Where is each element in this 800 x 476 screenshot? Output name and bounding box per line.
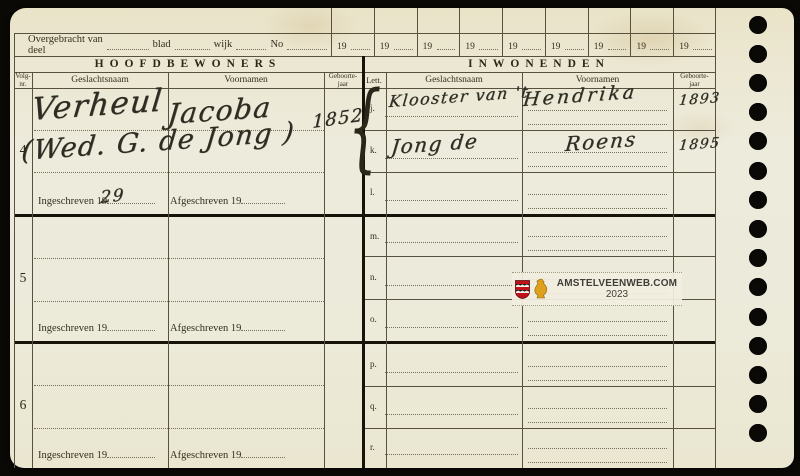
dotted-line bbox=[528, 335, 667, 336]
handwritten-birthyear: 1895 bbox=[678, 135, 721, 154]
dotted-line bbox=[107, 449, 155, 458]
year-cell: 19 bbox=[459, 32, 502, 56]
no-label: No bbox=[270, 39, 283, 50]
section-title-inwonenden: INWONENDEN bbox=[362, 58, 716, 70]
punch-hole bbox=[749, 16, 767, 34]
dotted-line bbox=[522, 49, 541, 50]
year-label: 19 bbox=[636, 42, 646, 52]
year-cell: 19 bbox=[588, 32, 631, 56]
punch-hole bbox=[749, 278, 767, 296]
year-cell: 19 bbox=[545, 32, 588, 56]
lett-label: q. bbox=[370, 401, 388, 411]
dotted-line bbox=[608, 49, 627, 50]
label: Afgeschreven 19 bbox=[170, 450, 241, 461]
dotted-line bbox=[385, 454, 518, 455]
dotted-line bbox=[528, 448, 667, 449]
dotted-line bbox=[241, 195, 285, 204]
year-cell: 19 bbox=[374, 32, 417, 56]
registration-line: Ingeschreven 19 Afgeschreven 19 bbox=[38, 195, 358, 209]
year-cell: 19 bbox=[502, 32, 545, 56]
register-card: 19 19 19 19 19 19 19 19 19 Overgebracht … bbox=[10, 8, 794, 468]
watermark: AMSTELVEENWEB.COM 2023 bbox=[512, 272, 682, 306]
lett-label: m. bbox=[370, 231, 388, 241]
section-title-hoofdbewoners: HOOFDBEWONERS bbox=[14, 58, 362, 70]
year-cell bbox=[417, 8, 460, 32]
dotted-line bbox=[34, 301, 324, 302]
inwonende-row-j: j. Klooster van 't Hendrika 1893 bbox=[362, 88, 716, 130]
dotted-line bbox=[385, 372, 518, 373]
header-line: jaar bbox=[338, 80, 349, 88]
lion-icon bbox=[533, 278, 549, 300]
year-cell: 19 bbox=[673, 32, 716, 56]
handwritten-registration-year: 29 bbox=[100, 185, 125, 208]
dotted-line bbox=[693, 49, 712, 50]
lett-label: l. bbox=[370, 187, 388, 197]
dotted-line bbox=[528, 380, 667, 381]
year-cell bbox=[673, 8, 716, 32]
column-header-volgnr: Volg- nr. bbox=[14, 72, 32, 88]
dotted-line bbox=[241, 449, 285, 458]
dotted-line bbox=[528, 194, 667, 195]
dotted-line bbox=[394, 49, 413, 50]
dotted-line bbox=[528, 366, 667, 367]
dotted-line bbox=[528, 166, 667, 167]
dotted-line bbox=[34, 172, 324, 173]
year-cell: 19 bbox=[331, 32, 374, 56]
ingeschreven-label: Ingeschreven 19 bbox=[38, 323, 107, 334]
year-columns-label-row: 19 19 19 19 19 19 19 19 19 bbox=[331, 32, 716, 56]
grid-line bbox=[14, 56, 716, 57]
year-label: 19 bbox=[679, 42, 689, 52]
dotted-line bbox=[528, 236, 667, 237]
year-columns-empty-row bbox=[331, 8, 716, 32]
dotted-line bbox=[34, 385, 324, 386]
transfer-row: Overgebracht van deel blad wijk No bbox=[14, 33, 331, 56]
dotted-line bbox=[650, 49, 669, 50]
dotted-line bbox=[175, 40, 210, 50]
year-label: 19 bbox=[337, 42, 347, 52]
dotted-line bbox=[385, 285, 518, 286]
afgeschreven-label: Afgeschreven 19 bbox=[170, 449, 285, 461]
hoofdbewoner-row-4: 4 Verheul Jacoba 1852 (Wed. G. de Jong )… bbox=[14, 88, 362, 214]
inwonende-row-m: m. bbox=[362, 217, 716, 256]
year-cell bbox=[502, 8, 545, 32]
inwonende-row-l: l. bbox=[362, 172, 716, 214]
inwonende-row-k: k. Jong de Roens 1895 bbox=[362, 130, 716, 172]
dotted-line bbox=[385, 327, 518, 328]
punch-hole bbox=[749, 424, 767, 442]
label: Afgeschreven 19 bbox=[170, 196, 241, 207]
year-label: 19 bbox=[380, 42, 390, 52]
punch-hole bbox=[749, 103, 767, 121]
registration-line: Ingeschreven 19 Afgeschreven 19 bbox=[38, 449, 358, 463]
dotted-line bbox=[528, 208, 667, 209]
dotted-line bbox=[528, 110, 667, 111]
lett-label: p. bbox=[370, 359, 388, 369]
year-cell bbox=[331, 8, 374, 32]
ingeschreven-label: Ingeschreven 19 bbox=[38, 450, 107, 461]
punch-hole bbox=[749, 220, 767, 238]
transfer-label: Overgebracht van deel bbox=[28, 34, 103, 56]
year-cell: 19 bbox=[417, 32, 460, 56]
dotted-line bbox=[287, 40, 327, 50]
registration-line: Ingeschreven 19 Afgeschreven 19 bbox=[38, 322, 358, 336]
year-label: 19 bbox=[594, 42, 604, 52]
dotted-line bbox=[34, 428, 324, 429]
hoofdbewoner-row-6: 6 Ingeschreven 19 Afgeschreven 19 bbox=[14, 344, 362, 468]
dotted-line bbox=[528, 422, 667, 423]
dotted-line bbox=[385, 414, 518, 415]
punch-hole bbox=[749, 45, 767, 63]
dotted-line bbox=[107, 322, 155, 331]
dotted-line bbox=[528, 321, 667, 322]
row-number: 5 bbox=[14, 270, 32, 286]
year-cell: 19 bbox=[630, 32, 673, 56]
inwonende-row-r: r. bbox=[362, 428, 716, 468]
punch-hole bbox=[749, 366, 767, 384]
watermark-text: AMSTELVEENWEB.COM 2023 bbox=[552, 278, 682, 300]
header-line: jaar bbox=[689, 80, 700, 88]
punch-hole bbox=[749, 337, 767, 355]
label: Afgeschreven 19 bbox=[170, 323, 241, 334]
year-columns: 19 19 19 19 19 19 19 19 19 bbox=[331, 8, 716, 56]
year-label: 19 bbox=[465, 42, 475, 52]
column-header-geboortejaar: Geboorte- jaar bbox=[673, 72, 716, 88]
dotted-line bbox=[528, 462, 667, 463]
lett-label: r. bbox=[370, 442, 388, 452]
watermark-year: 2023 bbox=[606, 289, 628, 300]
year-cell bbox=[630, 8, 673, 32]
year-cell bbox=[374, 8, 417, 32]
column-header-voornamen: Voornamen bbox=[168, 72, 324, 88]
dotted-line bbox=[385, 158, 518, 159]
watermark-site: AMSTELVEENWEB.COM bbox=[557, 278, 677, 289]
wijk-label: wijk bbox=[214, 39, 233, 50]
afgeschreven-label: Afgeschreven 19 bbox=[170, 195, 285, 207]
year-label: 19 bbox=[551, 42, 561, 52]
dotted-line bbox=[528, 250, 667, 251]
lett-label: n. bbox=[370, 272, 388, 282]
afgeschreven-label: Afgeschreven 19 bbox=[170, 322, 285, 334]
row-number: 6 bbox=[14, 397, 32, 413]
dotted-line bbox=[385, 242, 518, 243]
dotted-line bbox=[565, 49, 584, 50]
dotted-line bbox=[437, 49, 456, 50]
year-cell bbox=[588, 8, 631, 32]
punch-hole bbox=[749, 395, 767, 413]
punch-hole bbox=[749, 249, 767, 267]
year-label: 19 bbox=[508, 42, 518, 52]
punch-hole bbox=[749, 191, 767, 209]
dotted-line bbox=[236, 40, 266, 50]
punch-hole bbox=[749, 308, 767, 326]
punch-hole bbox=[749, 162, 767, 180]
punch-hole bbox=[749, 132, 767, 150]
handwritten-brace: { bbox=[348, 82, 382, 172]
inwonende-row-q: q. bbox=[362, 386, 716, 428]
dotted-line bbox=[107, 40, 148, 50]
dotted-line bbox=[479, 49, 498, 50]
year-label: 19 bbox=[423, 42, 433, 52]
punch-hole bbox=[749, 74, 767, 92]
handwritten-surname: Verheul bbox=[30, 82, 165, 128]
dotted-line bbox=[528, 408, 667, 409]
dotted-line bbox=[34, 258, 324, 259]
header-line: nr. bbox=[19, 80, 26, 88]
amstelveen-coat-of-arms-icon bbox=[515, 280, 530, 299]
hoofdbewoner-row-5: 5 Ingeschreven 19 Afgeschreven 19 bbox=[14, 217, 362, 341]
dotted-line bbox=[385, 116, 518, 117]
handwritten-birthyear: 1893 bbox=[678, 90, 721, 109]
inwonende-row-p: p. bbox=[362, 344, 716, 386]
dotted-line bbox=[385, 200, 518, 201]
dotted-line bbox=[351, 49, 370, 50]
blad-label: blad bbox=[153, 39, 171, 50]
dotted-line bbox=[528, 124, 667, 125]
ingeschreven-label: Ingeschreven 19 bbox=[38, 196, 107, 207]
year-cell bbox=[545, 8, 588, 32]
dotted-line bbox=[241, 322, 285, 331]
lett-label: o. bbox=[370, 314, 388, 324]
handwritten-surname: Jong de bbox=[390, 129, 480, 159]
year-cell bbox=[459, 8, 502, 32]
